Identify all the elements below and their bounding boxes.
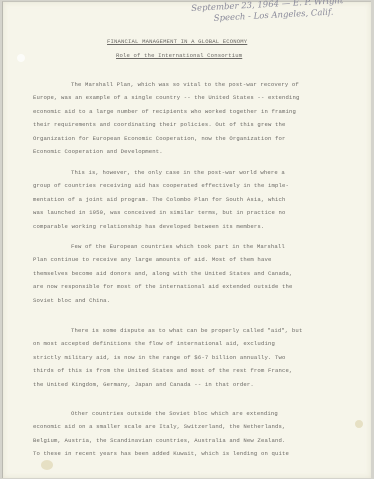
paragraph-european-donors: Few of the European countries which took… — [33, 240, 333, 307]
text-line: Organization for European Economic Coope… — [33, 132, 333, 145]
text-line: their requirements and coordinating thei… — [33, 118, 333, 131]
text-line: Economic Cooperation and Development. — [33, 145, 333, 158]
document-title: FINANCIAL MANAGEMENT IN A GLOBAL ECONOMY — [107, 38, 247, 45]
text-line: There is some dispute as to what can be … — [33, 324, 333, 337]
document-subtitle: Role of the International Consortium — [116, 52, 242, 59]
text-line: This is, however, the only case in the p… — [33, 166, 333, 179]
text-line: strictly military aid, is now in the ran… — [33, 351, 333, 364]
text-line: was launched in 1950, was conceived in s… — [33, 206, 333, 219]
text-line: themselves become aid donors and, along … — [33, 267, 333, 280]
text-line: mentation of a joint aid program. The Co… — [33, 193, 333, 206]
text-line: economic aid to a large number of recipi… — [33, 105, 333, 118]
text-line: are now responsible for most of the inte… — [33, 280, 333, 293]
text-line: economic aid on a smaller scale are Ital… — [33, 420, 333, 433]
paper-stain — [355, 420, 363, 428]
paper-stain — [41, 460, 53, 470]
paragraph-other-donors: Other countries outside the Soviet bloc … — [33, 407, 333, 461]
text-line: Plan continue to receive any large amoun… — [33, 253, 333, 266]
text-line: Belgium, Austria, the Scandinavian count… — [33, 434, 333, 447]
document-page: September 23, 1964 — E. P. Wright Speech… — [2, 1, 371, 478]
text-line: Other countries outside the Soviet bloc … — [33, 407, 333, 420]
paper-blemish — [17, 54, 25, 62]
text-line: on most accepted definitions the flow of… — [33, 337, 333, 350]
paragraph-marshall-plan: The Marshall Plan, which was so vital to… — [33, 78, 333, 158]
text-line: group of countries receiving aid has coo… — [33, 179, 333, 192]
paragraph-colombo-plan: This is, however, the only case in the p… — [33, 166, 333, 233]
text-line: Few of the European countries which took… — [33, 240, 333, 253]
text-line: comparable working relationship has deve… — [33, 220, 333, 233]
text-line: Soviet bloc and China. — [33, 294, 333, 307]
text-line: the United Kingdom, Germany, Japan and C… — [33, 378, 333, 391]
text-line: The Marshall Plan, which was so vital to… — [33, 78, 333, 91]
text-line: thirds of this is from the United States… — [33, 364, 333, 377]
text-line: Europe, was an example of a single count… — [33, 91, 333, 104]
text-line: To these in recent years has been added … — [33, 447, 333, 460]
handwritten-annotation: September 23, 1964 — E. P. Wright Speech… — [191, 0, 372, 26]
paragraph-aid-flow: There is some dispute as to what can be … — [33, 324, 333, 391]
